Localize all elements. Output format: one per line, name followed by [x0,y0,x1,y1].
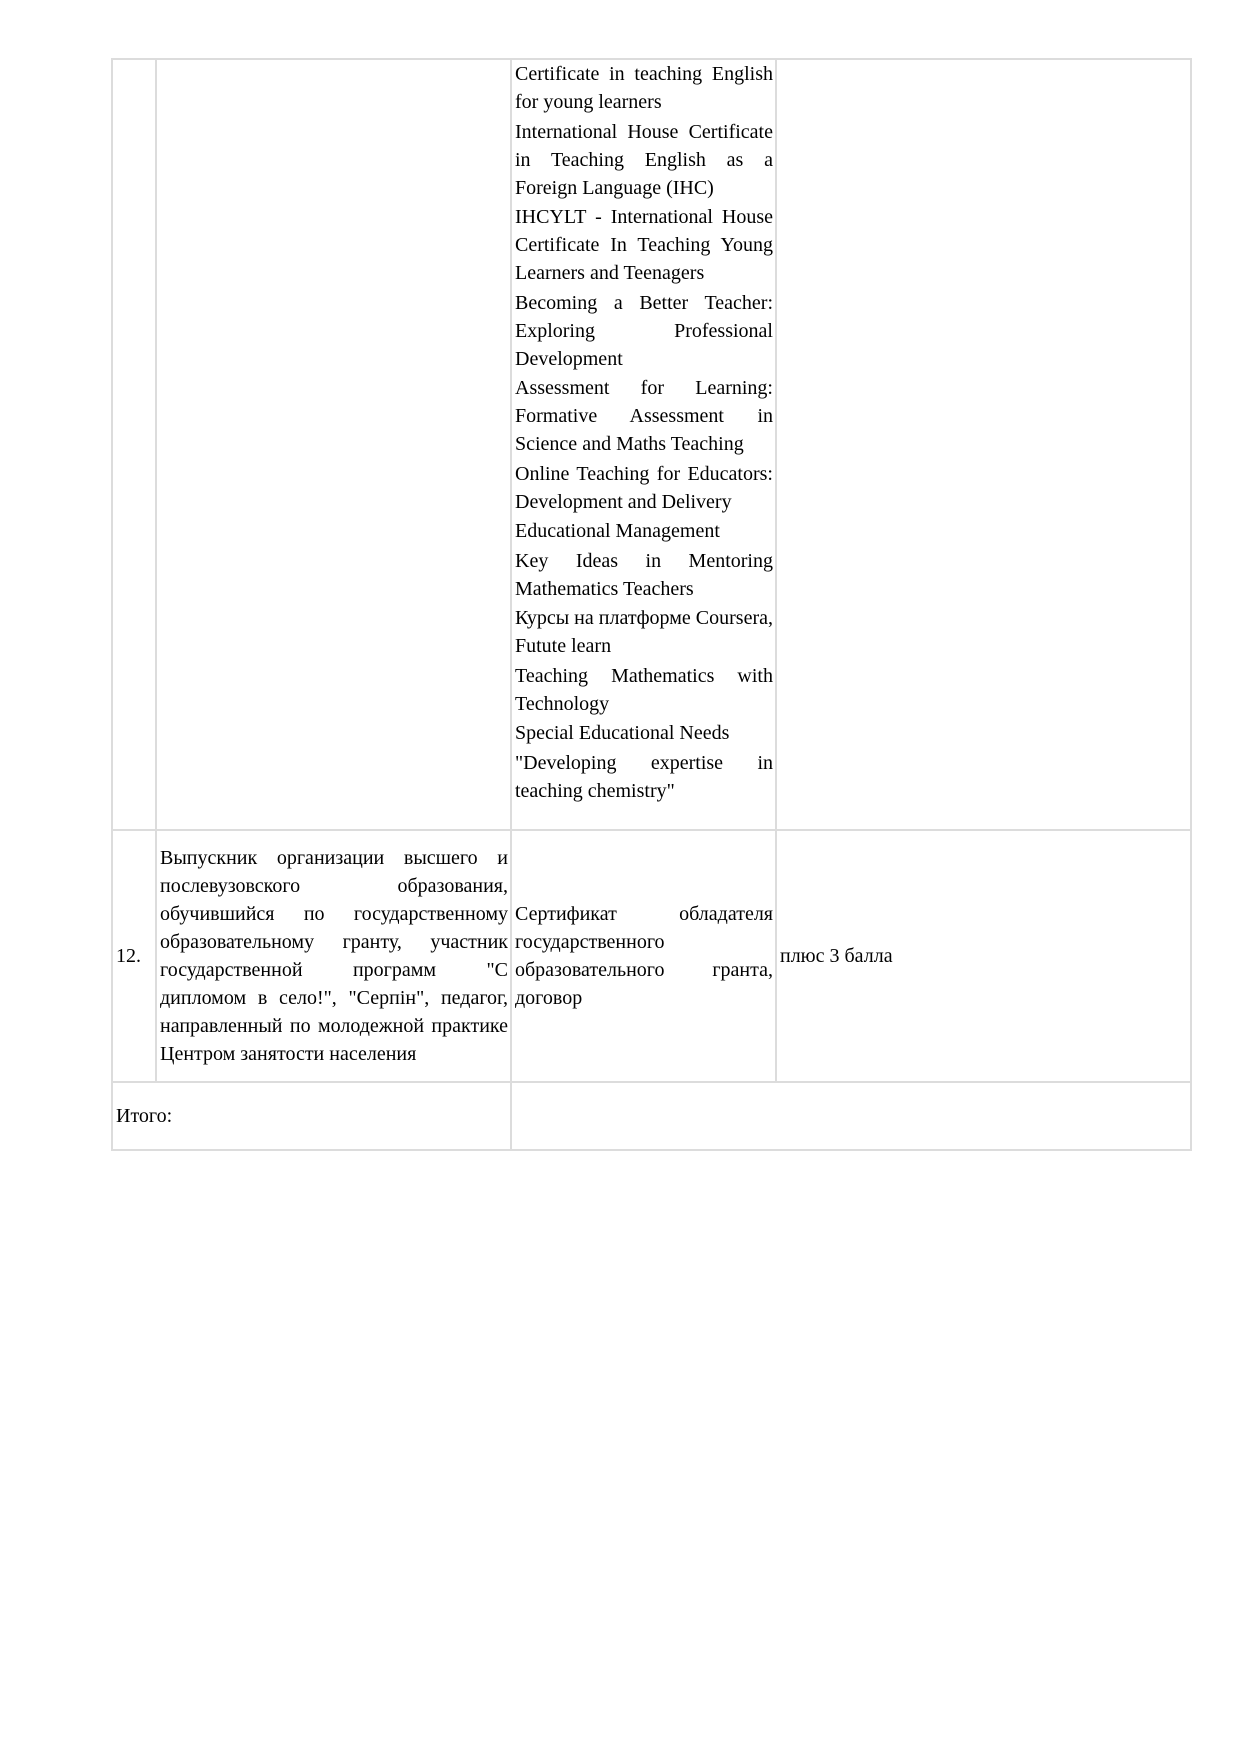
supporting-documents-cell: Certificate in teaching English for youn… [511,59,776,830]
criterion-description-cell: Выпускник организации высшего и послевуз… [156,830,511,1082]
total-label-cell: Итого: [112,1082,511,1150]
table-row-continuation: Certificate in teaching English for youn… [112,59,1191,830]
document-item: Educational Management [515,517,773,545]
row-number-cell [112,59,156,830]
document-item: Certificate in teaching English for youn… [515,60,773,116]
document-item: International House Certificate in Teach… [515,118,773,202]
supporting-documents-cell: Сертификат обладателя государственного о… [511,830,776,1082]
document-item: Курсы на платформе Coursera, Futute lear… [515,604,773,660]
criterion-description-cell [156,59,511,830]
document-item: Teaching Mathematics with Technology [515,662,773,718]
document-item: IHCYLT - International House Certificate… [515,203,773,287]
row-number-cell: 12. [112,830,156,1082]
document-item: Becoming a Better Teacher: Exploring Pro… [515,289,773,373]
table-row-total: Итого: [112,1082,1191,1150]
document-item: Key Ideas in Mentoring Mathematics Teach… [515,547,773,603]
document-item: Online Teaching for Educators: Developme… [515,460,773,516]
points-cell [776,59,1191,830]
document-item: "Developing expertise in teaching chemis… [515,749,773,805]
total-value-cell [511,1082,1191,1150]
document-item: Special Educational Needs [515,719,773,747]
points-cell: плюс 3 балла [776,830,1191,1082]
document-item: Assessment for Learning: Formative Asses… [515,374,773,458]
table-row-12: 12. Выпускник организации высшего и посл… [112,830,1191,1082]
criteria-table: Certificate in teaching English for youn… [111,58,1192,1151]
